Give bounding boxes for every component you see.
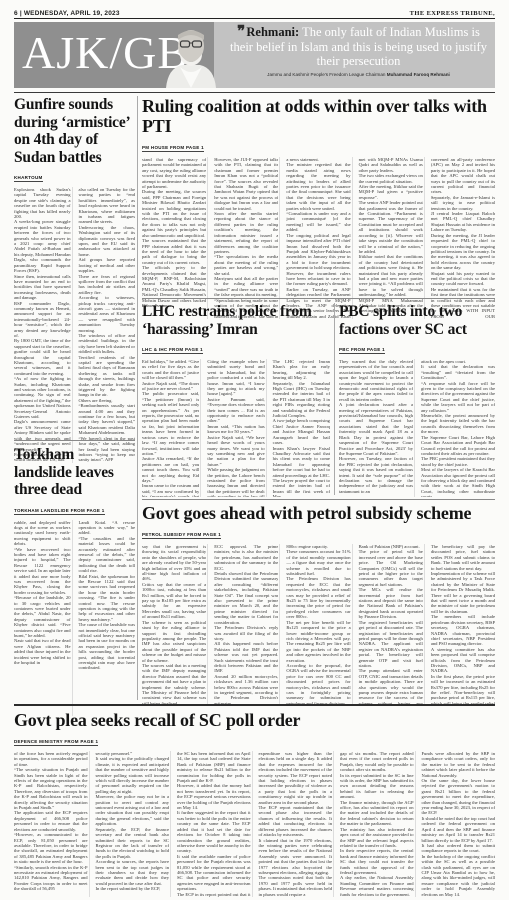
defence-headline: Govt plea seeks recall of SC poll order <box>14 710 495 730</box>
petrol-column-5: The beneficiary will pay the discounted … <box>424 544 495 704</box>
section-banner: AJK/GB ❞ Rehmani: The only fault of Indi… <box>14 22 495 88</box>
article-pbc: PBC splits into two factions over SC act… <box>339 303 495 497</box>
article-coalition: Ruling coalition at odds within over tal… <box>142 96 495 319</box>
section-rule <box>14 440 135 441</box>
article-lhc: LHC restrains police from ‘harassing’ Im… <box>142 303 330 497</box>
coalition-kicker: PM HOUSE FROM PAGE 1 <box>142 143 204 152</box>
petrol-kicker: PETROL SUBSIDY FROM PAGE 1 <box>142 530 221 539</box>
bottom-section-rule <box>14 704 495 706</box>
page-header: 6 | WEDNESDAY, APRIL 19, 2023 THE EXPRES… <box>14 6 495 17</box>
column-rule <box>334 303 335 495</box>
defence-kicker: DEFENCE MINISTRY FROM PAGE 1 <box>14 737 98 746</box>
edition-info: 6 | WEDNESDAY, APRIL 19, 2023 <box>14 10 120 17</box>
column-rule <box>137 96 138 700</box>
coalition-column-5: convened an all-party conference (APC) o… <box>424 157 495 319</box>
section-rule <box>142 499 495 500</box>
attribution-name: Muhammad Farooq Rehmani <box>387 72 450 77</box>
petrol-column-1: say that the government is throwing its … <box>142 544 206 704</box>
defence-column-6: Funds were allocated by the SBP in compl… <box>415 751 496 897</box>
torkham-headline: Torkham landslide leaves three dead <box>14 446 135 499</box>
coalition-headline: Ruling coalition at odds within over tal… <box>142 96 495 136</box>
torkham-column-1: rubble, and deployed sniffer dogs at the… <box>14 520 71 716</box>
lhc-column-2: Citing the example when he submitted sur… <box>200 359 264 497</box>
section-rule <box>142 298 495 299</box>
coalition-column-1: stand that the supremacy of parliament w… <box>142 157 206 319</box>
sudan-kicker: KHARTOUM <box>14 173 43 182</box>
sudan-headline: Gunfire sounds during ‘armistice’ on 4th… <box>14 96 135 166</box>
article-petrol: Govt goes ahead with petrol subsidy sche… <box>142 503 495 704</box>
coalition-column-3: a news statement. The minister regretted… <box>279 157 350 319</box>
torkham-kicker: TORKHAM LANDSLIDE FROM PAGE 1 <box>14 506 105 515</box>
defence-column-4: expenditure was higher than the election… <box>252 751 333 897</box>
quote-attribution: Jammu and Kashmir People's Freedom Leagu… <box>226 72 491 77</box>
coalition-column-4: met with MQM-P MNAs Usama Qadri and Sala… <box>352 157 423 319</box>
newspaper-page: 6 | WEDNESDAY, APRIL 19, 2023 THE EXPRES… <box>0 0 509 900</box>
defence-column-1: of the force has been actively engaged i… <box>14 751 88 897</box>
defence-column-3: the SC has been informed that on April 1… <box>170 751 251 897</box>
lhc-column-1: Eid holidays,” he added. “Give us relief… <box>142 359 199 497</box>
pbc-column-1: They warned that the duly elected repres… <box>339 359 413 497</box>
quote-mark-icon: ❞ <box>237 24 243 40</box>
sudan-column-2: also called on Tuesday for the warring p… <box>72 187 136 463</box>
defence-column-5: gap of six months. The report added that… <box>333 751 414 897</box>
petrol-headline: Govt goes ahead with petrol subsidy sche… <box>142 503 495 523</box>
lhc-kicker: LHC & IHC FROM PAGE 1 <box>142 345 203 354</box>
article-torkham: Torkham landslide leaves three dead TORK… <box>14 446 135 716</box>
lhc-headline: LHC restrains police from ‘harassing’ Im… <box>142 303 330 338</box>
quote-speaker: Rehmani: <box>246 25 299 39</box>
coalition-column-2: However, the JUI-F opposed talks with th… <box>207 157 278 319</box>
sudan-column-1: Explosions shook Sudan's capital Tuesday… <box>14 187 71 463</box>
pbc-column-2: attack on the apex court. It said that t… <box>414 359 495 497</box>
petrol-column-3: 800cc engine capacity. These consumers a… <box>279 544 350 704</box>
quote-text: ❞ Rehmani: The only fault of Indian Musl… <box>226 25 491 69</box>
petrol-column-4: Bank of Pakistan (NBP) account. The pric… <box>352 544 423 704</box>
pbc-kicker: PBC FROM PAGE 1 <box>339 345 385 354</box>
header-rule <box>14 18 495 19</box>
banner-rule <box>14 92 495 93</box>
pbc-headline: PBC splits into two factions over SC act <box>339 303 495 338</box>
torkham-column-2: Landi Kotal. “A rescue operation is unde… <box>72 520 136 716</box>
speaker-photo <box>156 22 226 88</box>
petrol-column-2: ECC approval. The prime minister, who is… <box>207 544 278 704</box>
article-defence: Govt plea seeks recall of SC poll order … <box>14 710 495 897</box>
article-sudan: Gunfire sounds during ‘armistice’ on 4th… <box>14 96 135 463</box>
pull-quote: ❞ Rehmani: The only fault of Indian Musl… <box>226 25 491 77</box>
masthead: THE EXPRESS TRIBUNE, <box>410 10 495 17</box>
lhc-column-3: The LHC rejected Imran Khan's plea for a… <box>266 359 330 497</box>
attribution-role: Jammu and Kashmir People's Freedom Leagu… <box>267 72 385 77</box>
defence-column-2: security personnel.” It said owing to th… <box>89 751 170 897</box>
